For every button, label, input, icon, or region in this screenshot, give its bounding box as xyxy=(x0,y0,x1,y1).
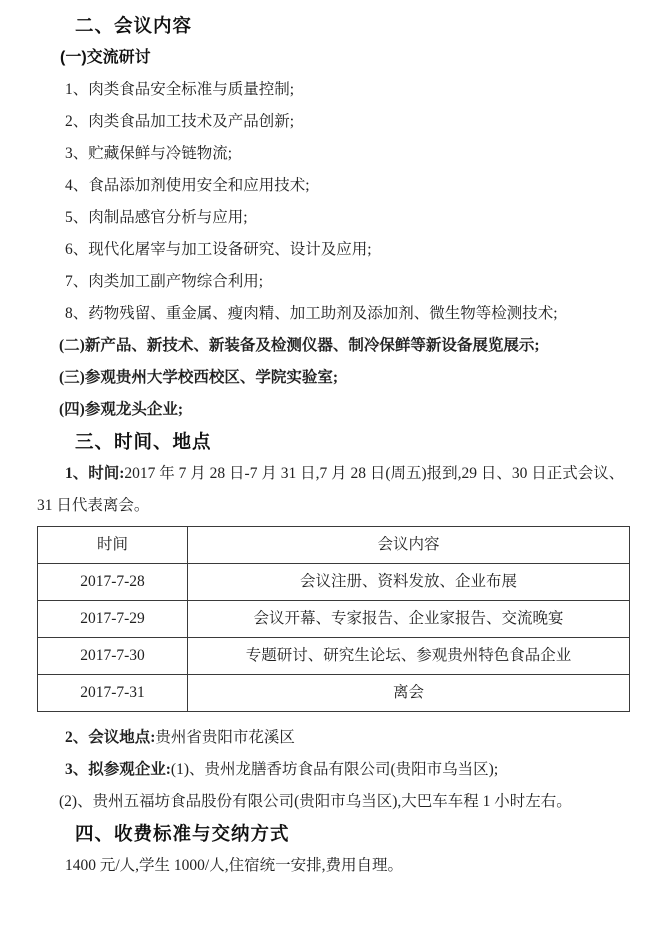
subsection-enterprise-visit: (四)参观龙头企业; xyxy=(37,394,630,426)
location-paragraph: 2、会议地点:贵州省贵阳市花溪区 xyxy=(37,722,630,754)
table-row: 2017-7-29 会议开幕、专家报告、企业家报告、交流晚宴 xyxy=(38,601,630,638)
list-item-6: 6、现代化屠宰与加工设备研究、设计及应用; xyxy=(37,234,630,266)
table-cell-content: 专题研讨、研究生论坛、参观贵州特色食品企业 xyxy=(188,638,630,675)
visit-paragraph-1: 3、拟参观企业:(1)、贵州龙膳香坊食品有限公司(贵阳市乌当区); xyxy=(37,754,630,786)
table-cell-content: 会议注册、资料发放、企业布展 xyxy=(188,564,630,601)
list-item-8: 8、药物残留、重金属、瘦肉精、加工助剂及添加剂、微生物等检测技术; xyxy=(37,298,630,330)
table-row: 2017-7-31 离会 xyxy=(38,675,630,712)
list-item-3: 3、贮藏保鲜与冷链物流; xyxy=(37,138,630,170)
table-cell-date: 2017-7-28 xyxy=(38,564,188,601)
list-item-2: 2、肉类食品加工技术及产品创新; xyxy=(37,106,630,138)
table-cell-content: 会议开幕、专家报告、企业家报告、交流晚宴 xyxy=(188,601,630,638)
table-header-row: 时间 会议内容 xyxy=(38,527,630,564)
visit-label: 3、拟参观企业: xyxy=(65,761,171,778)
time-paragraph: 1、时间:2017 年 7 月 28 日-7 月 31 日,7 月 28 日(周… xyxy=(37,458,630,522)
subsection-campus-visit: (三)参观贵州大学校西校区、学院实验室; xyxy=(37,362,630,394)
table-header-content: 会议内容 xyxy=(188,527,630,564)
table-cell-date: 2017-7-29 xyxy=(38,601,188,638)
list-item-5: 5、肉制品感官分析与应用; xyxy=(37,202,630,234)
fee-paragraph: 1400 元/人,学生 1000/人,住宿统一安排,费用自理。 xyxy=(37,850,630,882)
table-cell-date: 2017-7-30 xyxy=(38,638,188,675)
visit-company-2: (2)、贵州五福坊食品股份有限公司(贵阳市乌当区),大巴车车程 1 小时左右。 xyxy=(59,793,572,810)
table-row: 2017-7-28 会议注册、资料发放、企业布展 xyxy=(38,564,630,601)
list-item-1: 1、肉类食品安全标准与质量控制; xyxy=(37,74,630,106)
location-label: 2、会议地点: xyxy=(65,729,155,746)
time-text: 2017 年 7 月 28 日-7 月 31 日,7 月 28 日(周五)报到,… xyxy=(37,465,624,514)
list-item-7: 7、肉类加工副产物综合利用; xyxy=(37,266,630,298)
list-item-4: 4、食品添加剂使用安全和应用技术; xyxy=(37,170,630,202)
location-text: 贵州省贵阳市花溪区 xyxy=(155,729,295,746)
subsection-exhibition: (二)新产品、新技术、新装备及检测仪器、制冷保鲜等新设备展览展示; xyxy=(37,330,630,362)
section-heading-content: 二、会议内容 xyxy=(37,10,630,42)
visit-paragraph-2: (2)、贵州五福坊食品股份有限公司(贵阳市乌当区),大巴车车程 1 小时左右。 xyxy=(37,786,630,818)
table-cell-date: 2017-7-31 xyxy=(38,675,188,712)
table-cell-content: 离会 xyxy=(188,675,630,712)
visit-company-1: (1)、贵州龙膳香坊食品有限公司(贵阳市乌当区); xyxy=(171,761,498,778)
table-header-time: 时间 xyxy=(38,527,188,564)
table-row: 2017-7-30 专题研讨、研究生论坛、参观贵州特色食品企业 xyxy=(38,638,630,675)
schedule-table: 时间 会议内容 2017-7-28 会议注册、资料发放、企业布展 2017-7-… xyxy=(37,526,630,712)
subsection-heading-discussion: (一)交流研讨 xyxy=(37,42,630,74)
fee-text: 1400 元/人,学生 1000/人,住宿统一安排,费用自理。 xyxy=(65,857,403,874)
section-heading-fees: 四、收费标准与交纳方式 xyxy=(37,818,630,850)
time-label: 1、时间: xyxy=(65,465,124,482)
document-page: 二、会议内容 (一)交流研讨 1、肉类食品安全标准与质量控制; 2、肉类食品加工… xyxy=(0,0,668,925)
section-heading-time-place: 三、时间、地点 xyxy=(37,426,630,458)
